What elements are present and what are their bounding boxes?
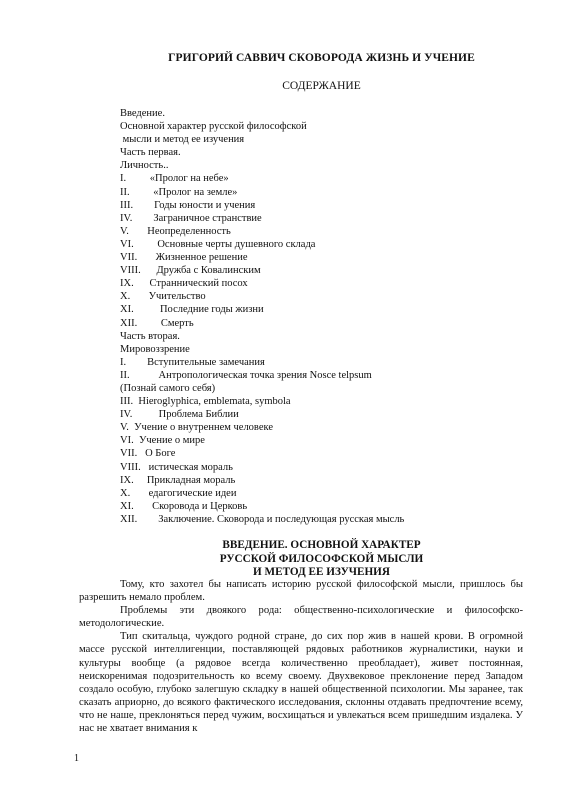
toc-entry: III. Hieroglyphica, emblemata, symbola <box>120 395 404 408</box>
paragraph: Тип скитальца, чуждого родной стране, до… <box>79 630 523 735</box>
toc-entry-label: Основные черты душевного склада <box>155 239 316 250</box>
toc-entry: Основной характер русской философской <box>120 120 404 133</box>
toc-entry-number: IV. <box>120 408 159 421</box>
toc-entry: I. Вступительные замечания <box>120 356 404 369</box>
toc-entry: XII. Заключение. Сковорода и последующая… <box>120 513 404 526</box>
toc-entry: XI. Последние годы жизни <box>120 303 404 316</box>
toc-entry-number: VII. <box>120 447 145 460</box>
toc-entry-number: XII. <box>120 513 156 526</box>
toc-entry: IX. Страннический посох <box>120 277 404 290</box>
toc-entry-label: О Боге <box>145 448 175 459</box>
toc-entry-number: VIII. <box>120 461 149 474</box>
toc-entry-label: Последние годы жизни <box>155 304 264 315</box>
contents-heading: СОДЕРЖАНИЕ <box>0 80 565 92</box>
toc-entry: V. Учение о внутреннем человеке <box>120 421 404 434</box>
toc-entry-number: VI. <box>120 238 155 251</box>
toc-entry-number: VI. <box>120 434 139 447</box>
toc-entry: VI. Основные черты душевного склада <box>120 238 404 251</box>
toc-entry: мысли и метод ее изучения <box>120 133 404 146</box>
toc-entry-label: Жизненное решение <box>153 252 248 263</box>
table-of-contents: Введение.Основной характер русской филос… <box>120 107 404 526</box>
section-heading-line: ВВЕДЕНИЕ. ОСНОВНОЙ ХАРАКТЕР <box>78 539 565 553</box>
toc-entry: X. едагогические идеи <box>120 487 404 500</box>
toc-entry: II. «Пролог на земле» <box>120 186 404 199</box>
toc-entry: (Познай самого себя) <box>120 382 404 395</box>
toc-entry-number: IX. <box>120 474 147 487</box>
page-number: 1 <box>74 753 79 764</box>
toc-entry-number: X. <box>120 290 149 303</box>
section-heading-line: РУССКОЙ ФИЛОСОФСКОЙ МЫСЛИ <box>78 553 565 567</box>
toc-entry: III. Годы юности и учения <box>120 199 404 212</box>
toc-entry: IV. Проблема Библии <box>120 408 404 421</box>
toc-entry: Часть вторая. <box>120 330 404 343</box>
toc-entry-label: «Пролог на небе» <box>150 173 229 184</box>
toc-entry-number: VII. <box>120 251 153 264</box>
toc-entry-label: Введение. <box>120 108 165 119</box>
toc-entry: II. Антропологическая точка зрения Nosce… <box>120 369 404 382</box>
toc-entry-number: XI. <box>120 303 155 316</box>
toc-entry-number: XI. <box>120 500 149 513</box>
paragraph: Тому, кто захотел бы написать историю ру… <box>79 578 523 604</box>
toc-entry: X. Учительство <box>120 290 404 303</box>
toc-entry: Часть первая. <box>120 146 404 159</box>
toc-entry-label: «Пролог на земле» <box>151 187 238 198</box>
toc-entry-number: I. <box>120 356 147 369</box>
toc-entry-number: XII. <box>120 317 156 330</box>
document-page: ГРИГОРИЙ САВВИЧ СКОВОРОДА ЖИЗНЬ И УЧЕНИЕ… <box>0 0 565 800</box>
toc-entry-label: едагогические идеи <box>149 488 237 499</box>
toc-entry-label: Учение о мире <box>139 435 205 446</box>
toc-entry: V. Неопределенность <box>120 225 404 238</box>
body-text: Тому, кто захотел бы написать историю ру… <box>79 578 523 735</box>
toc-entry-label: Проблема Библии <box>159 409 239 420</box>
toc-entry-number: IV. <box>120 212 151 225</box>
toc-entry-label: Часть первая. <box>120 147 181 158</box>
book-title: ГРИГОРИЙ САВВИЧ СКОВОРОДА ЖИЗНЬ И УЧЕНИЕ <box>0 52 565 64</box>
toc-entry-label: Заграничное странствие <box>151 213 262 224</box>
toc-entry-number: III. <box>120 199 154 212</box>
paragraph: Проблемы эти двоякого рода: общественно-… <box>79 604 523 630</box>
toc-entry-label: Учение о внутреннем человеке <box>134 422 273 433</box>
toc-entry-number: V. <box>120 225 147 238</box>
toc-entry: Личность.. <box>120 159 404 172</box>
toc-entry-number: III. <box>120 395 138 408</box>
toc-entry: I. «Пролог на небе» <box>120 172 404 185</box>
toc-entry-number: II. <box>120 186 151 199</box>
toc-entry-number: X. <box>120 487 149 500</box>
toc-entry-number: VIII. <box>120 264 154 277</box>
toc-entry: Мировоззрение <box>120 343 404 356</box>
toc-entry: IX. Прикладная мораль <box>120 474 404 487</box>
toc-entry-label: Антропологическая точка зрения Nosce tel… <box>153 370 372 381</box>
toc-entry: VIII. Дружба с Ковалинским <box>120 264 404 277</box>
toc-entry: IV. Заграничное странствие <box>120 212 404 225</box>
toc-entry-label: Страннический посох <box>149 278 247 289</box>
toc-entry-label: (Познай самого себя) <box>120 383 215 394</box>
toc-entry-label: Смерть <box>156 318 194 329</box>
toc-entry: VIII. истическая мораль <box>120 461 404 474</box>
toc-entry: VII. Жизненное решение <box>120 251 404 264</box>
toc-entry-label: Заключение. Сковорода и последующая русс… <box>156 514 405 525</box>
toc-entry-number: IX. <box>120 277 149 290</box>
toc-entry-label: истическая мораль <box>149 462 233 473</box>
toc-entry-label: Вступительные замечания <box>147 357 265 368</box>
toc-entry: VI. Учение о мире <box>120 434 404 447</box>
toc-entry-label: Дружба с Ковалинским <box>154 265 261 276</box>
toc-entry: VII. О Боге <box>120 447 404 460</box>
toc-entry-label: Личность.. <box>120 160 168 171</box>
toc-entry: XII. Смерть <box>120 317 404 330</box>
toc-entry-label: Учительство <box>149 291 206 302</box>
toc-entry: Введение. <box>120 107 404 120</box>
toc-entry-label: Часть вторая. <box>120 331 180 342</box>
toc-entry-label: Скоровода и Церковь <box>149 501 247 512</box>
toc-entry-label: Мировоззрение <box>120 344 190 355</box>
toc-entry-number: II. <box>120 369 153 382</box>
toc-entry: XI. Скоровода и Церковь <box>120 500 404 513</box>
toc-entry-label: Hieroglyphica, emblemata, symbola <box>138 396 290 407</box>
toc-entry-label: Прикладная мораль <box>147 475 235 486</box>
toc-entry-label: Годы юности и учения <box>154 200 255 211</box>
toc-entry-number: V. <box>120 421 134 434</box>
toc-entry-label: мысли и метод ее изучения <box>120 134 244 145</box>
toc-entry-label: Неопределенность <box>147 226 231 237</box>
toc-entry-number: I. <box>120 172 150 185</box>
toc-entry-label: Основной характер русской философской <box>120 121 307 132</box>
section-heading: ВВЕДЕНИЕ. ОСНОВНОЙ ХАРАКТЕР РУССКОЙ ФИЛО… <box>0 539 565 580</box>
